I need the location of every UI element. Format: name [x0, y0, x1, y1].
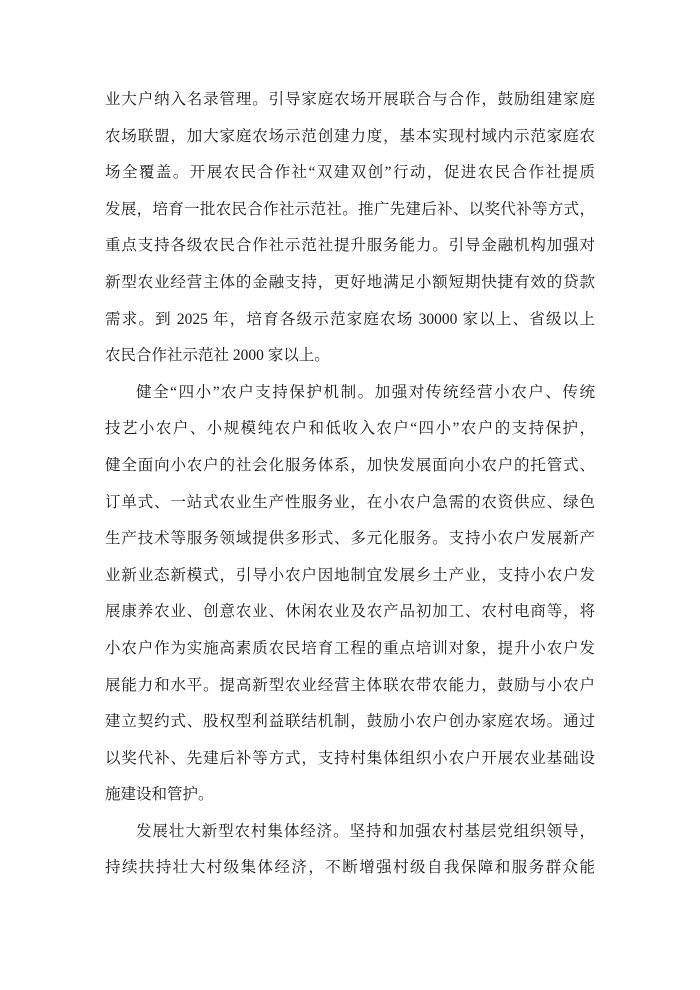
text-line: 重点支持各级农民合作社示范社提升服务能力。引导金融机构加强对 [105, 228, 595, 265]
text-line: 场全覆盖。开展农民合作社“双建双创”行动，促进农民合作社提质 [105, 155, 595, 192]
text-line: 展康养农业、创意农业、休闲农业及农产品初加工、农村电商等，将 [105, 594, 595, 631]
text-line: 农场联盟，加大家庭农场示范创建力度，基本实现村域内示范家庭农 [105, 119, 595, 156]
text-line: 订单式、一站式农业生产性服务业，在小农户急需的农资供应、绿色 [105, 485, 595, 522]
document-text: 业大户纳入名录管理。引导家庭农场开展联合与合作，鼓励组建家庭农场联盟，加大家庭农… [105, 82, 595, 887]
text-line: 健全面向小农户的社会化服务体系，加快发展面向小农户的托管式、 [105, 448, 595, 485]
text-line: 业大户纳入名录管理。引导家庭农场开展联合与合作，鼓励组建家庭 [105, 82, 595, 119]
text-line: 展能力和水平。提高新型农业经营主体联农带农能力，鼓励与小农户 [105, 668, 595, 705]
text-line: 发展壮大新型农村集体经济。坚持和加强农村基层党组织领导， [105, 814, 595, 851]
text-line: 新型农业经营主体的金融支持，更好地满足小额短期快捷有效的贷款 [105, 265, 595, 302]
text-line: 发展，培育一批农民合作社示范社。推广先建后补、以奖代补等方式， [105, 192, 595, 229]
text-line: 健全“四小”农户支持保护机制。加强对传统经营小农户、传统 [105, 375, 595, 412]
text-line: 需求。到 2025 年，培育各级示范家庭农场 30000 家以上、省级以上 [105, 302, 595, 339]
text-line: 技艺小农户、小规模纯农户和低收入农户“四小”农户的支持保护， [105, 411, 595, 448]
text-line: 持续扶持壮大村级集体经济，不断增强村级自我保障和服务群众能 [105, 850, 595, 887]
text-line: 生产技术等服务领域提供多形式、多元化服务。支持小农户发展新产 [105, 521, 595, 558]
text-line: 业新业态新模式，引导小农户因地制宜发展乡土产业，支持小农户发 [105, 558, 595, 595]
text-line: 小农户作为实施高素质农民培育工程的重点培训对象，提升小农户发 [105, 631, 595, 668]
document-page: 业大户纳入名录管理。引导家庭农场开展联合与合作，鼓励组建家庭农场联盟，加大家庭农… [0, 0, 700, 990]
text-line: 农民合作社示范社 2000 家以上。 [105, 338, 595, 375]
text-line: 施建设和管护。 [105, 777, 595, 814]
text-line: 建立契约式、股权型利益联结机制，鼓励小农户创办家庭农场。通过 [105, 704, 595, 741]
text-line: 以奖代补、先建后补等方式，支持村集体组织小农户开展农业基础设 [105, 741, 595, 778]
